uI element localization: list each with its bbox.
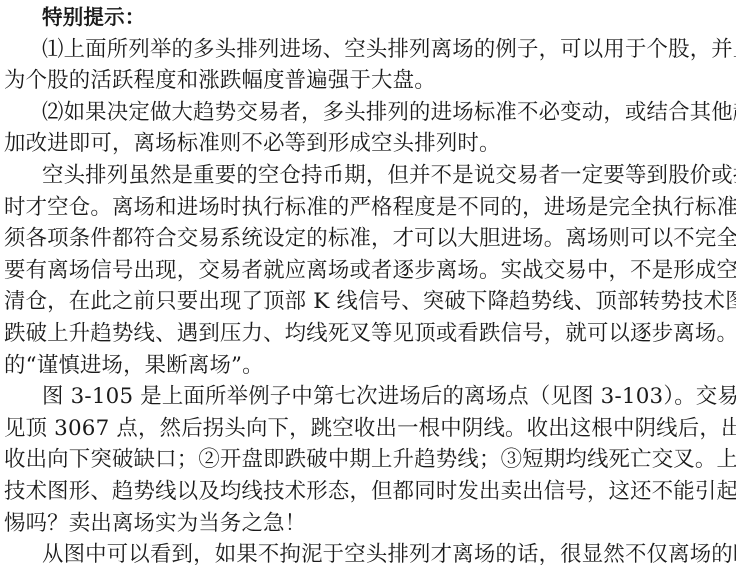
paragraph-figure-3-105: 图 3-105 是上面所举例子中第七次进场后的离场点（见图 3-103）。交易者…: [4, 381, 734, 539]
paragraph-tip-1: ⑴上面所列举的多头排列进场、空头排列离场的例子，可以用于个股，并且效果更好，因 …: [4, 34, 734, 97]
text-line: 须各项条件都符合交易系统设定的标准，才可以大胆进场。离场则可以不完全执行标准，即…: [4, 223, 734, 255]
paragraph-conclusion: 从图中可以看到，如果不拘泥于空头排列才离场的话，很显然不仅离场的时间远远早于形: [4, 539, 734, 565]
text-line: 要有离场信号出现，交易者就应离场或者逐步离场。实战交易中，不是形成空头排列时才开…: [4, 255, 734, 287]
text-line: ⑵如果决定做大趋势交易者，多头排列的进场标准不必变动，或结合其他趋势分析方法略: [4, 97, 734, 129]
text-line: 技术图形、趋势线以及均线技术形态，但都同时发出卖出信号，这还不能引起交易者足够的…: [4, 476, 734, 508]
text-line: 从图中可以看到，如果不拘泥于空头排列才离场的话，很显然不仅离场的时间远远早于形: [4, 539, 734, 565]
text-line: 的“谨慎进场，果断离场”。: [4, 350, 734, 382]
text-line: 见顶 3067 点，然后拐头向下，跳空收出一根中阴线。收出这根中阴线后，出现了如…: [4, 413, 734, 445]
text-line: 图 3-105 是上面所举例子中第七次进场后的离场点（见图 3-103）。交易者…: [4, 381, 734, 413]
document-page: 特别提示： ⑴上面所列举的多头排列进场、空头排列离场的例子，可以用于个股，并且效…: [4, 2, 734, 565]
text-line: 为个股的活跃程度和涨跌幅度普遍强于大盘。: [4, 65, 734, 97]
text-line: 清仓，在此之前只要出现了顶部 K 线信号、突破下降趋势线、顶部转势技术图形、跌破…: [4, 286, 734, 318]
section-heading: 特别提示：: [4, 2, 734, 34]
paragraph-tip-2: ⑵如果决定做大趋势交易者，多头排列的进场标准不必变动，或结合其他趋势分析方法略 …: [4, 97, 734, 160]
text-line: 惕吗？卖出离场实为当务之急！: [4, 508, 734, 540]
text-line: 加改进即可，离场标准则不必等到形成空头排列时。: [4, 128, 734, 160]
text-line: ⑴上面所列举的多头排列进场、空头排列离场的例子，可以用于个股，并且效果更好，因: [4, 34, 734, 66]
text-line: 空头排列虽然是重要的空仓持币期，但并不是说交易者一定要等到股价或指数呈空头排列: [4, 160, 734, 192]
text-line: 时才空仓。离场和进场时执行标准的严格程度是不同的，进场是完全执行标准，也就是说，…: [4, 192, 734, 224]
text-line: 跌破上升趋势线、遇到压力、均线死叉等见顶或看跌信号，就可以逐步离场。这就是大家常…: [4, 318, 734, 350]
text-line: 收出向下突破缺口；②开盘即跌破中期上升趋势线；③短期均线死亡交叉。上述三种情形分…: [4, 444, 734, 476]
paragraph-short-alignment: 空头排列虽然是重要的空仓持币期，但并不是说交易者一定要等到股价或指数呈空头排列 …: [4, 160, 734, 381]
